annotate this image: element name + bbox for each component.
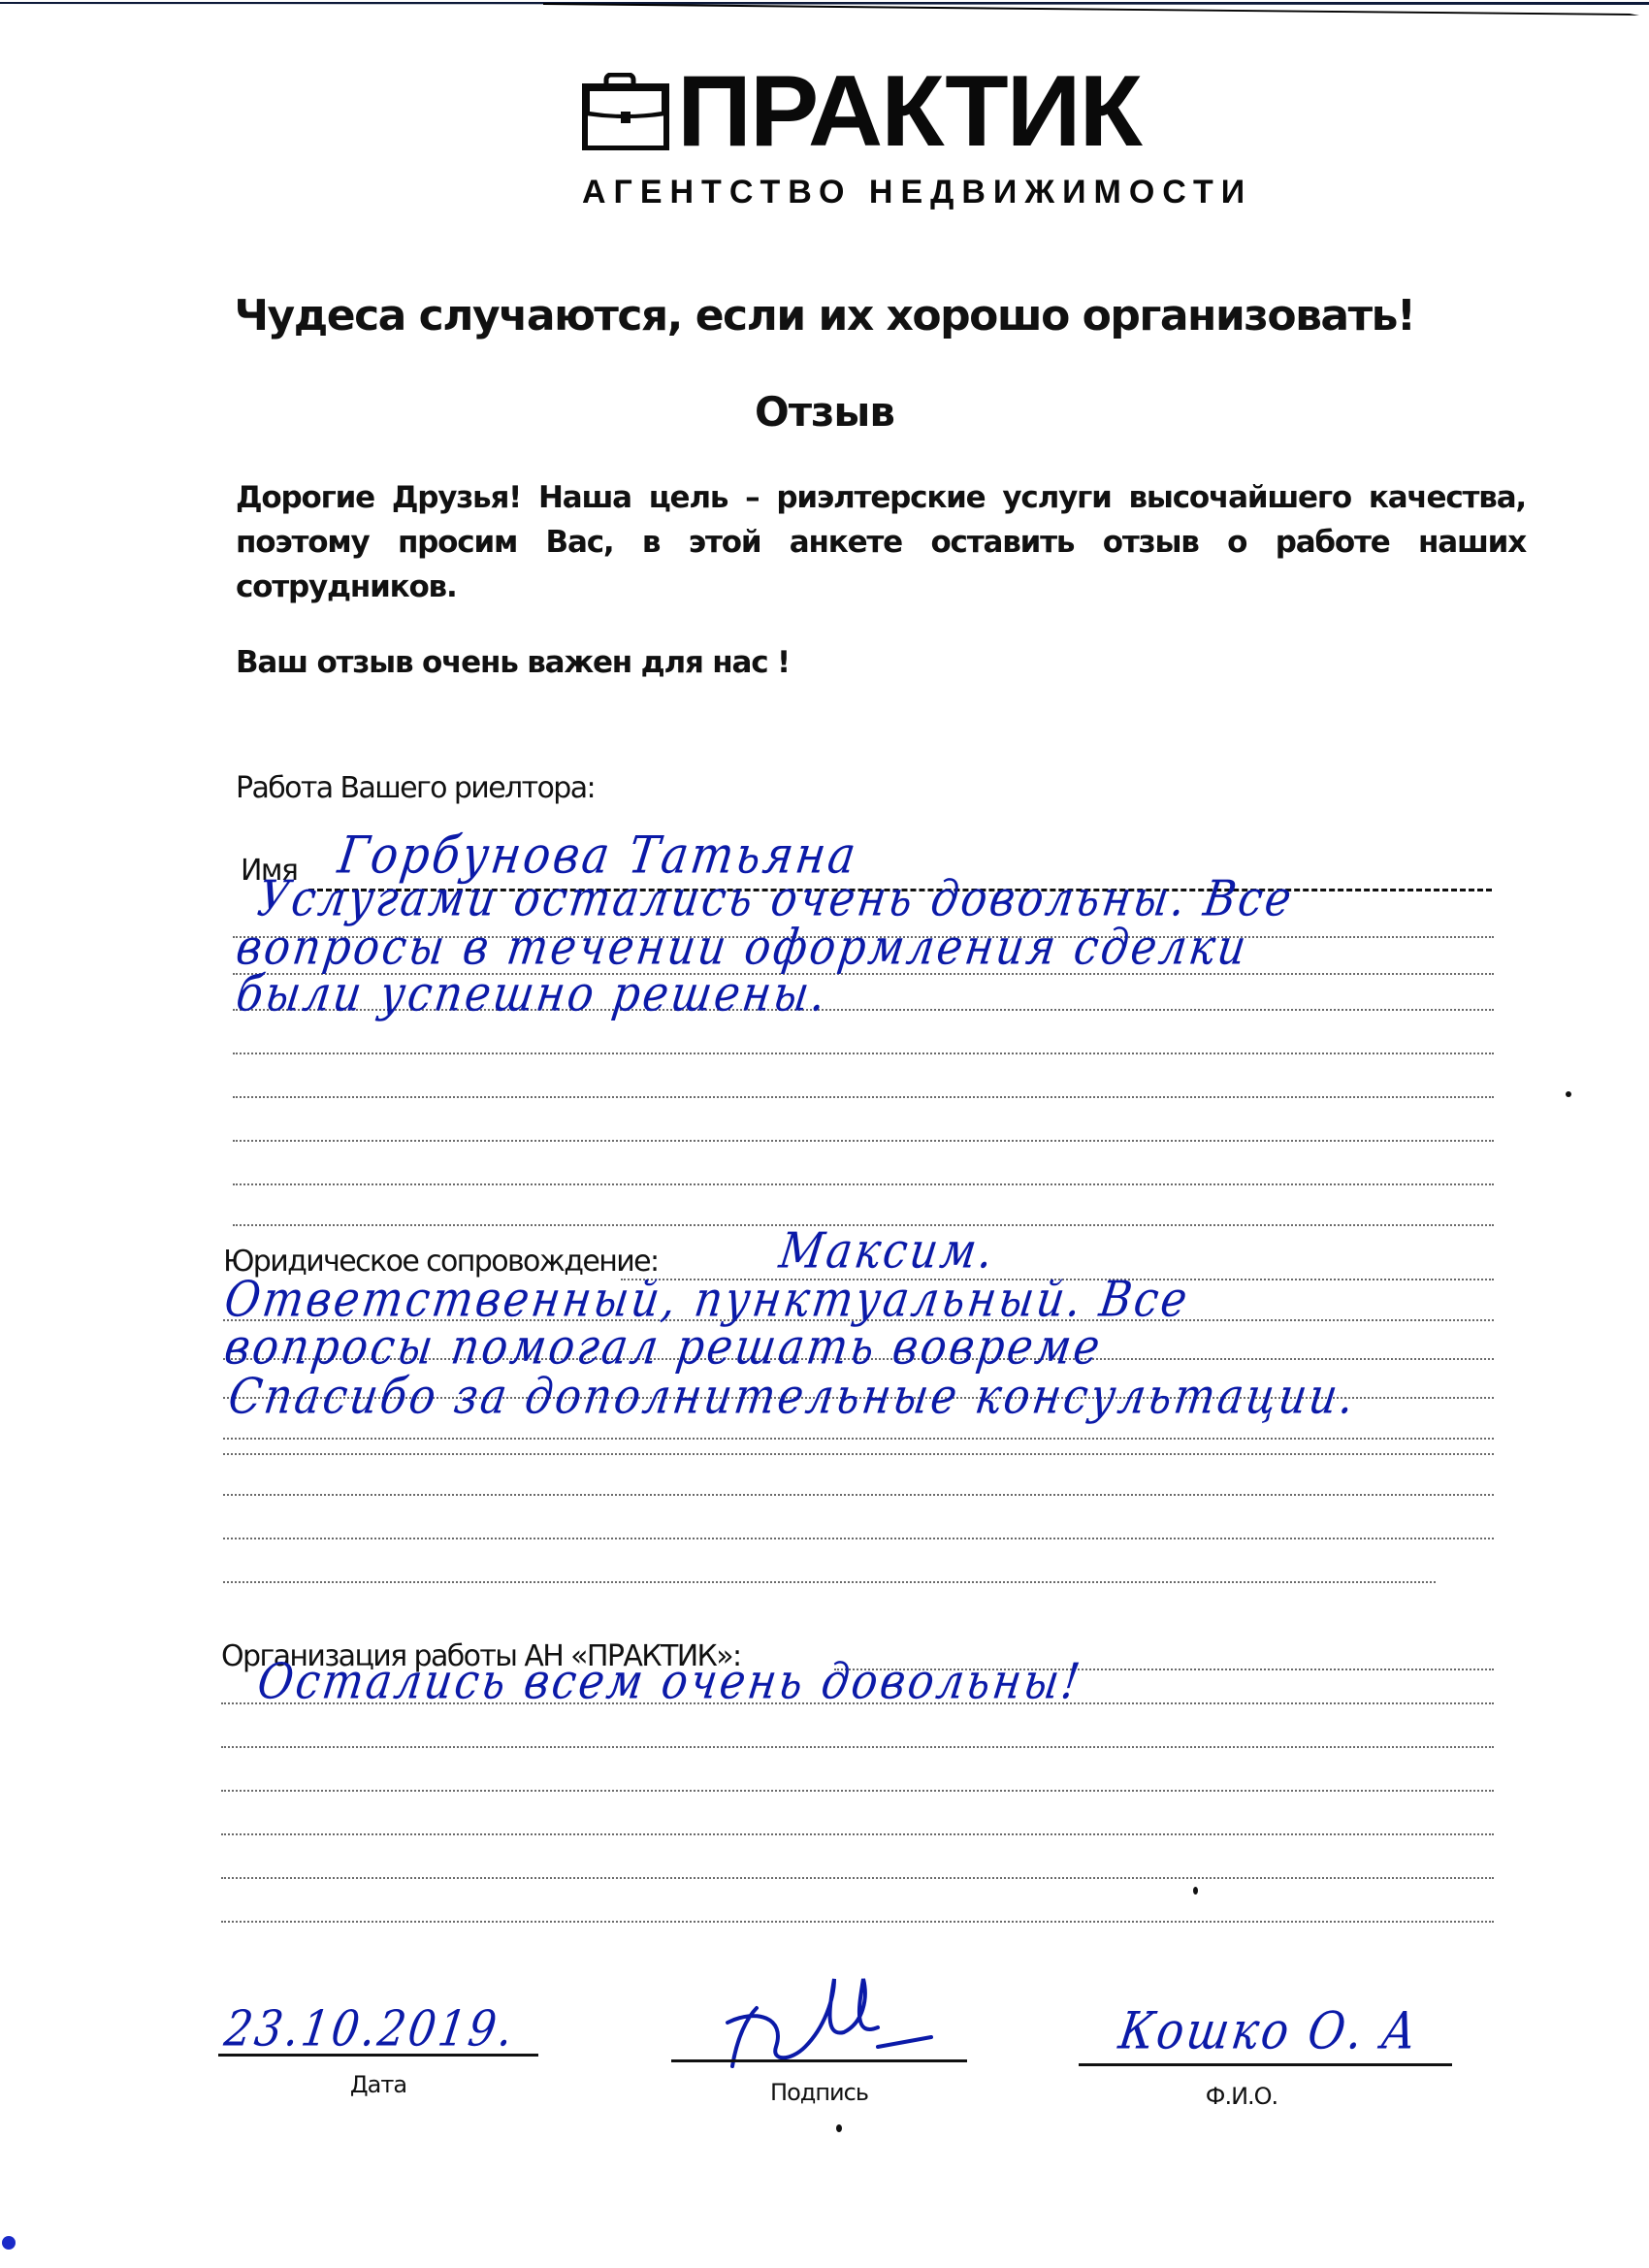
page-title: Отзыв: [0, 388, 1649, 436]
date-handwritten[interactable]: 23.10.2019.: [221, 2000, 519, 2057]
answer-line: [221, 1790, 1494, 1792]
answer-line: [223, 1494, 1494, 1496]
organization-review-line[interactable]: Остались всем очень довольны!: [254, 1653, 1085, 1710]
date-line: [218, 2054, 538, 2057]
answer-line: [223, 1453, 1494, 1455]
answer-line: [221, 1921, 1494, 1923]
fio-handwritten[interactable]: Кошко О. А: [1115, 2000, 1423, 2060]
intro-paragraph: Дорогие Друзья! Наша цель – риэлтерские …: [236, 475, 1526, 609]
signature-label: Подпись: [671, 2079, 967, 2106]
answer-line: [223, 1438, 1494, 1440]
briefcase-icon: [582, 73, 669, 150]
logo-subtitle: АГЕНТСТВО НЕДВИЖИМОСТИ: [582, 174, 1252, 211]
answer-line: [233, 1140, 1494, 1142]
answer-line: [233, 1183, 1494, 1185]
answer-line: [223, 1581, 1436, 1583]
date-label: Дата: [218, 2071, 538, 2098]
realtor-review-line[interactable]: были успешно решены.: [233, 965, 832, 1022]
slogan: Чудеса случаются, если их хорошо организ…: [0, 291, 1649, 340]
answer-line: [221, 1833, 1494, 1835]
legal-review-line[interactable]: вопросы помогал решать вовреме: [221, 1318, 1106, 1376]
signature-line: [671, 2059, 967, 2062]
important-note: Ваш отзыв очень важен для нас !: [236, 645, 790, 680]
scan-speck: [836, 2124, 842, 2132]
logo-brand-text: ПРАКТИК: [677, 61, 1141, 162]
answer-line: [223, 1538, 1494, 1539]
answer-line: [221, 1877, 1494, 1879]
scan-speck: [1193, 1887, 1198, 1895]
scan-speck: [1566, 1091, 1571, 1097]
fio-line: [1079, 2063, 1452, 2066]
scan-speck: [2, 2236, 16, 2250]
answer-line: [233, 1096, 1494, 1098]
legal-review-line[interactable]: Спасибо за дополнительные консультации.: [225, 1368, 1360, 1425]
fio-label: Ф.И.О.: [1145, 2083, 1339, 2110]
answer-line: [221, 1746, 1494, 1748]
answer-line: [233, 1053, 1494, 1054]
company-logo: ПРАКТИК АГЕНТСТВО НЕДВИЖИМОСТИ: [582, 73, 1203, 218]
section-realtor-heading: Работа Вашего риелтора:: [236, 771, 595, 805]
scan-edge-artifact: [0, 0, 1649, 16]
